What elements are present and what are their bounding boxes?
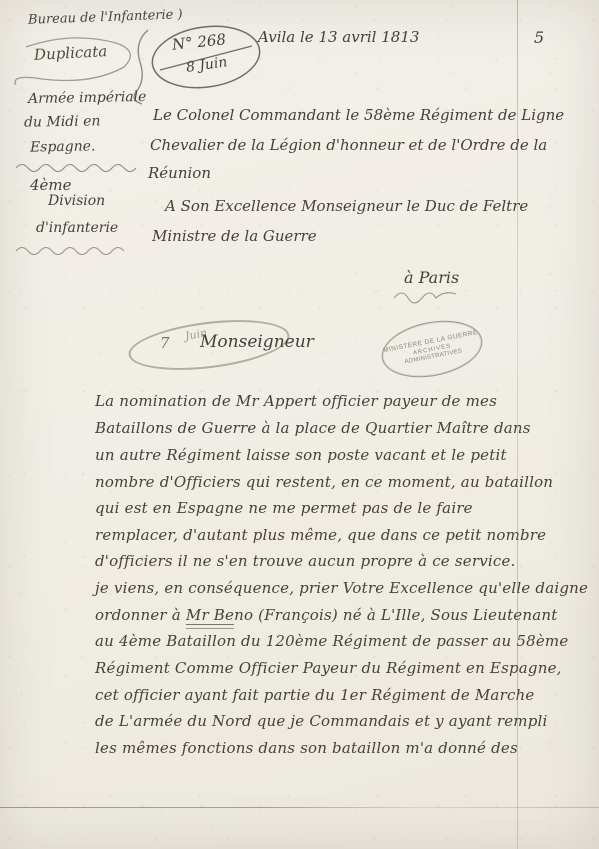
body-line: cet officier ayant fait partie du 1er Ré… [95,686,534,704]
recipient-city: à Paris [404,268,459,287]
sender-line2: Chevalier de la Légion d'honneur et de l… [150,136,547,154]
letter-scan-page: Bureau de l'Infanterie ) Duplicata Armée… [0,0,599,849]
margin-division-line3: d'infanterie [36,220,118,236]
body-line: Régiment Comme Officier Payeur du Régime… [95,659,562,677]
underline-mark [186,624,234,629]
body-line: les mêmes fonctions dans son bataillon m… [95,739,518,757]
page-number: 5 [534,28,544,47]
margin-division-line2: Division [48,193,105,209]
swash-flourish [392,288,462,304]
sender-line3: Réunion [148,164,211,182]
body-line: au 4ème Bataillon du 120ème Régiment de … [95,632,568,650]
receipt-stamp-number: 7 [160,334,170,352]
body-line: d'officiers il ne s'en trouve aucun prop… [95,552,516,570]
margin-army-line2: du Midi en [24,113,101,130]
horizontal-crease-line [0,807,599,808]
body-line: un autre Régiment laisse son poste vacan… [95,446,507,464]
margin-duplicata-note: Duplicata [34,42,108,64]
body-line: qui est en Espagne ne me permet pas de l… [95,499,473,517]
vertical-fold-line [517,0,518,849]
sender-line1: Le Colonel Commandant le 58ème Régiment … [153,106,564,124]
squiggle-divider [14,160,144,172]
body-line: de L'armée du Nord que je Commandais et … [95,712,548,730]
body-line: Bataillons de Guerre à la place de Quart… [95,419,531,437]
body-line: ordonner à Mr Beno (François) né à L'Ill… [95,606,557,624]
body-line: remplacer, d'autant plus même, que dans … [95,526,546,544]
salutation: Monseigneur [200,332,314,352]
margin-division-line1: 4ème [30,176,72,194]
body-line: La nomination de Mr Appert officier paye… [95,392,497,410]
archive-stamp: MINISTÈRE DE LA GUERRE ARCHIVES ADMINIST… [377,313,487,385]
margin-army-line3: Espagne. [30,138,96,155]
squiggle-divider [14,243,134,255]
body-line: nombre d'Officiers qui restent, en ce mo… [95,473,553,491]
recipient-line1: A Son Excellence Monseigneur le Duc de F… [165,197,528,215]
body-line: je viens, en conséquence, prier Votre Ex… [95,579,588,597]
dateline: Avila le 13 avril 1813 [258,28,419,46]
recipient-line2: Ministre de la Guerre [152,227,317,245]
